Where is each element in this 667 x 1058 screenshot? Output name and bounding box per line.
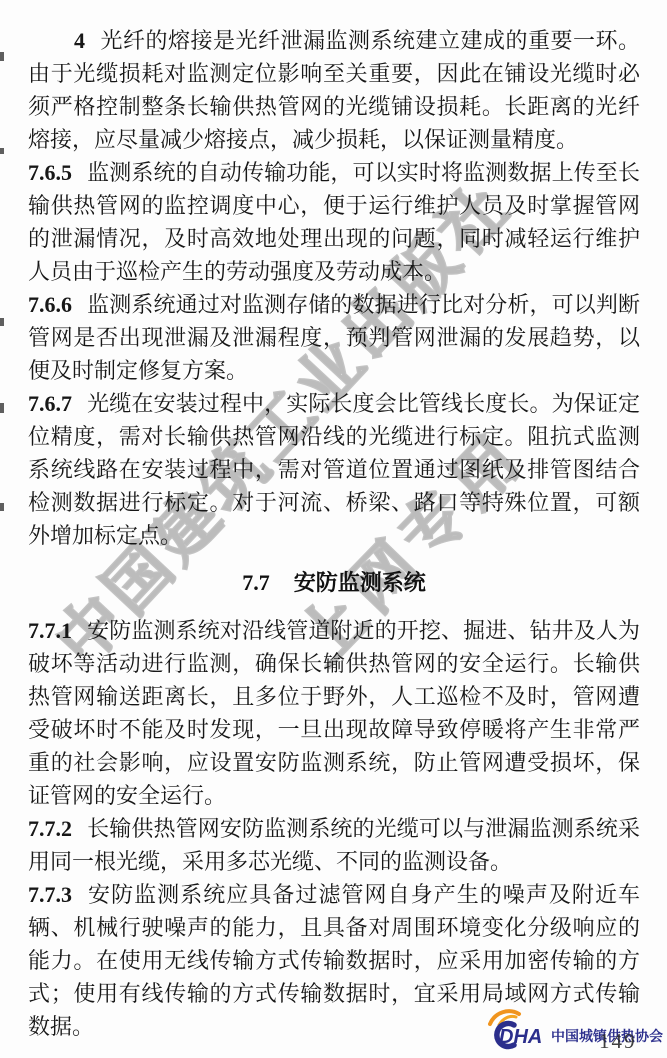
section-title: 安防监测系统 [294, 570, 426, 595]
clause-number: 7.6.6 [28, 292, 72, 317]
clause-number: 7.6.7 [28, 391, 72, 416]
clause-7-6-6: 7.6.6监测系统通过对监测存储的数据进行比对分析，可以判断管网是否出现泄漏及泄… [28, 288, 640, 387]
clause-7-7-2: 7.7.2长输供热管网安防监测系统的光缆可以与泄漏监测系统采用同一根光缆，采用多… [28, 812, 640, 878]
clause-7-7-1: 7.7.1安防监测系统对沿线管道附近的开挖、掘进、钻井及人为破坏等活动进行监测，… [28, 614, 640, 812]
clause-text: 监测系统通过对监测存储的数据进行比对分析，可以判断管网是否出现泄漏及泄漏程度，预… [28, 292, 640, 383]
clause-number: 7.7.2 [28, 816, 72, 841]
clause-number: 4 [74, 28, 85, 53]
scan-artifact [0, 503, 4, 511]
clause-number: 7.6.5 [28, 160, 72, 185]
clause-7-6-5: 7.6.5监测系统的自动传输功能，可以实时将监测数据上传至长输供热管网的监控调度… [28, 156, 640, 288]
section-heading: 7.7安防监测系统 [28, 566, 640, 599]
clause-7-6-7: 7.6.7光缆在安装过程中，实际长度会比管线长度长。为保证定位精度，需对长输供热… [28, 387, 640, 552]
clause-text: 长输供热管网安防监测系统的光缆可以与泄漏监测系统采用同一根光缆，采用多芯光缆、不… [28, 816, 640, 874]
dha-logo-text: DHA [499, 1026, 542, 1048]
document-page: 中国建筑工业出版社 上网专用 4光纤的熔接是光纤泄漏监测系统建立建成的重要一环。… [0, 0, 667, 1058]
dha-logo-icon: DHA [486, 1007, 546, 1051]
clause-number: 7.7.1 [28, 618, 72, 643]
page-number: 149 [599, 1029, 637, 1054]
section-number: 7.7 [242, 570, 270, 595]
clause-text: 安防监测系统对沿线管道附近的开挖、掘进、钻井及人为破坏等活动进行监测，确保长输供… [28, 618, 640, 808]
scan-artifact [0, 148, 4, 154]
scan-artifact [0, 52, 4, 61]
clause-text: 光缆在安装过程中，实际长度会比管线长度长。为保证定位精度，需对长输供热管网沿线的… [28, 391, 640, 548]
clause-4: 4光纤的熔接是光纤泄漏监测系统建立建成的重要一环。由于光缆损耗对监测定位影响至关… [28, 24, 640, 156]
clause-text: 监测系统的自动传输功能，可以实时将监测数据上传至长输供热管网的监控调度中心，便于… [28, 160, 640, 284]
clause-number: 7.7.3 [28, 882, 72, 907]
clause-text: 光纤的熔接是光纤泄漏监测系统建立建成的重要一环。由于光缆损耗对监测定位影响至关重… [28, 28, 640, 152]
scan-artifact [0, 318, 4, 326]
scan-artifact [0, 403, 4, 413]
document-body: 4光纤的熔接是光纤泄漏监测系统建立建成的重要一环。由于光缆损耗对监测定位影响至关… [28, 24, 640, 1043]
